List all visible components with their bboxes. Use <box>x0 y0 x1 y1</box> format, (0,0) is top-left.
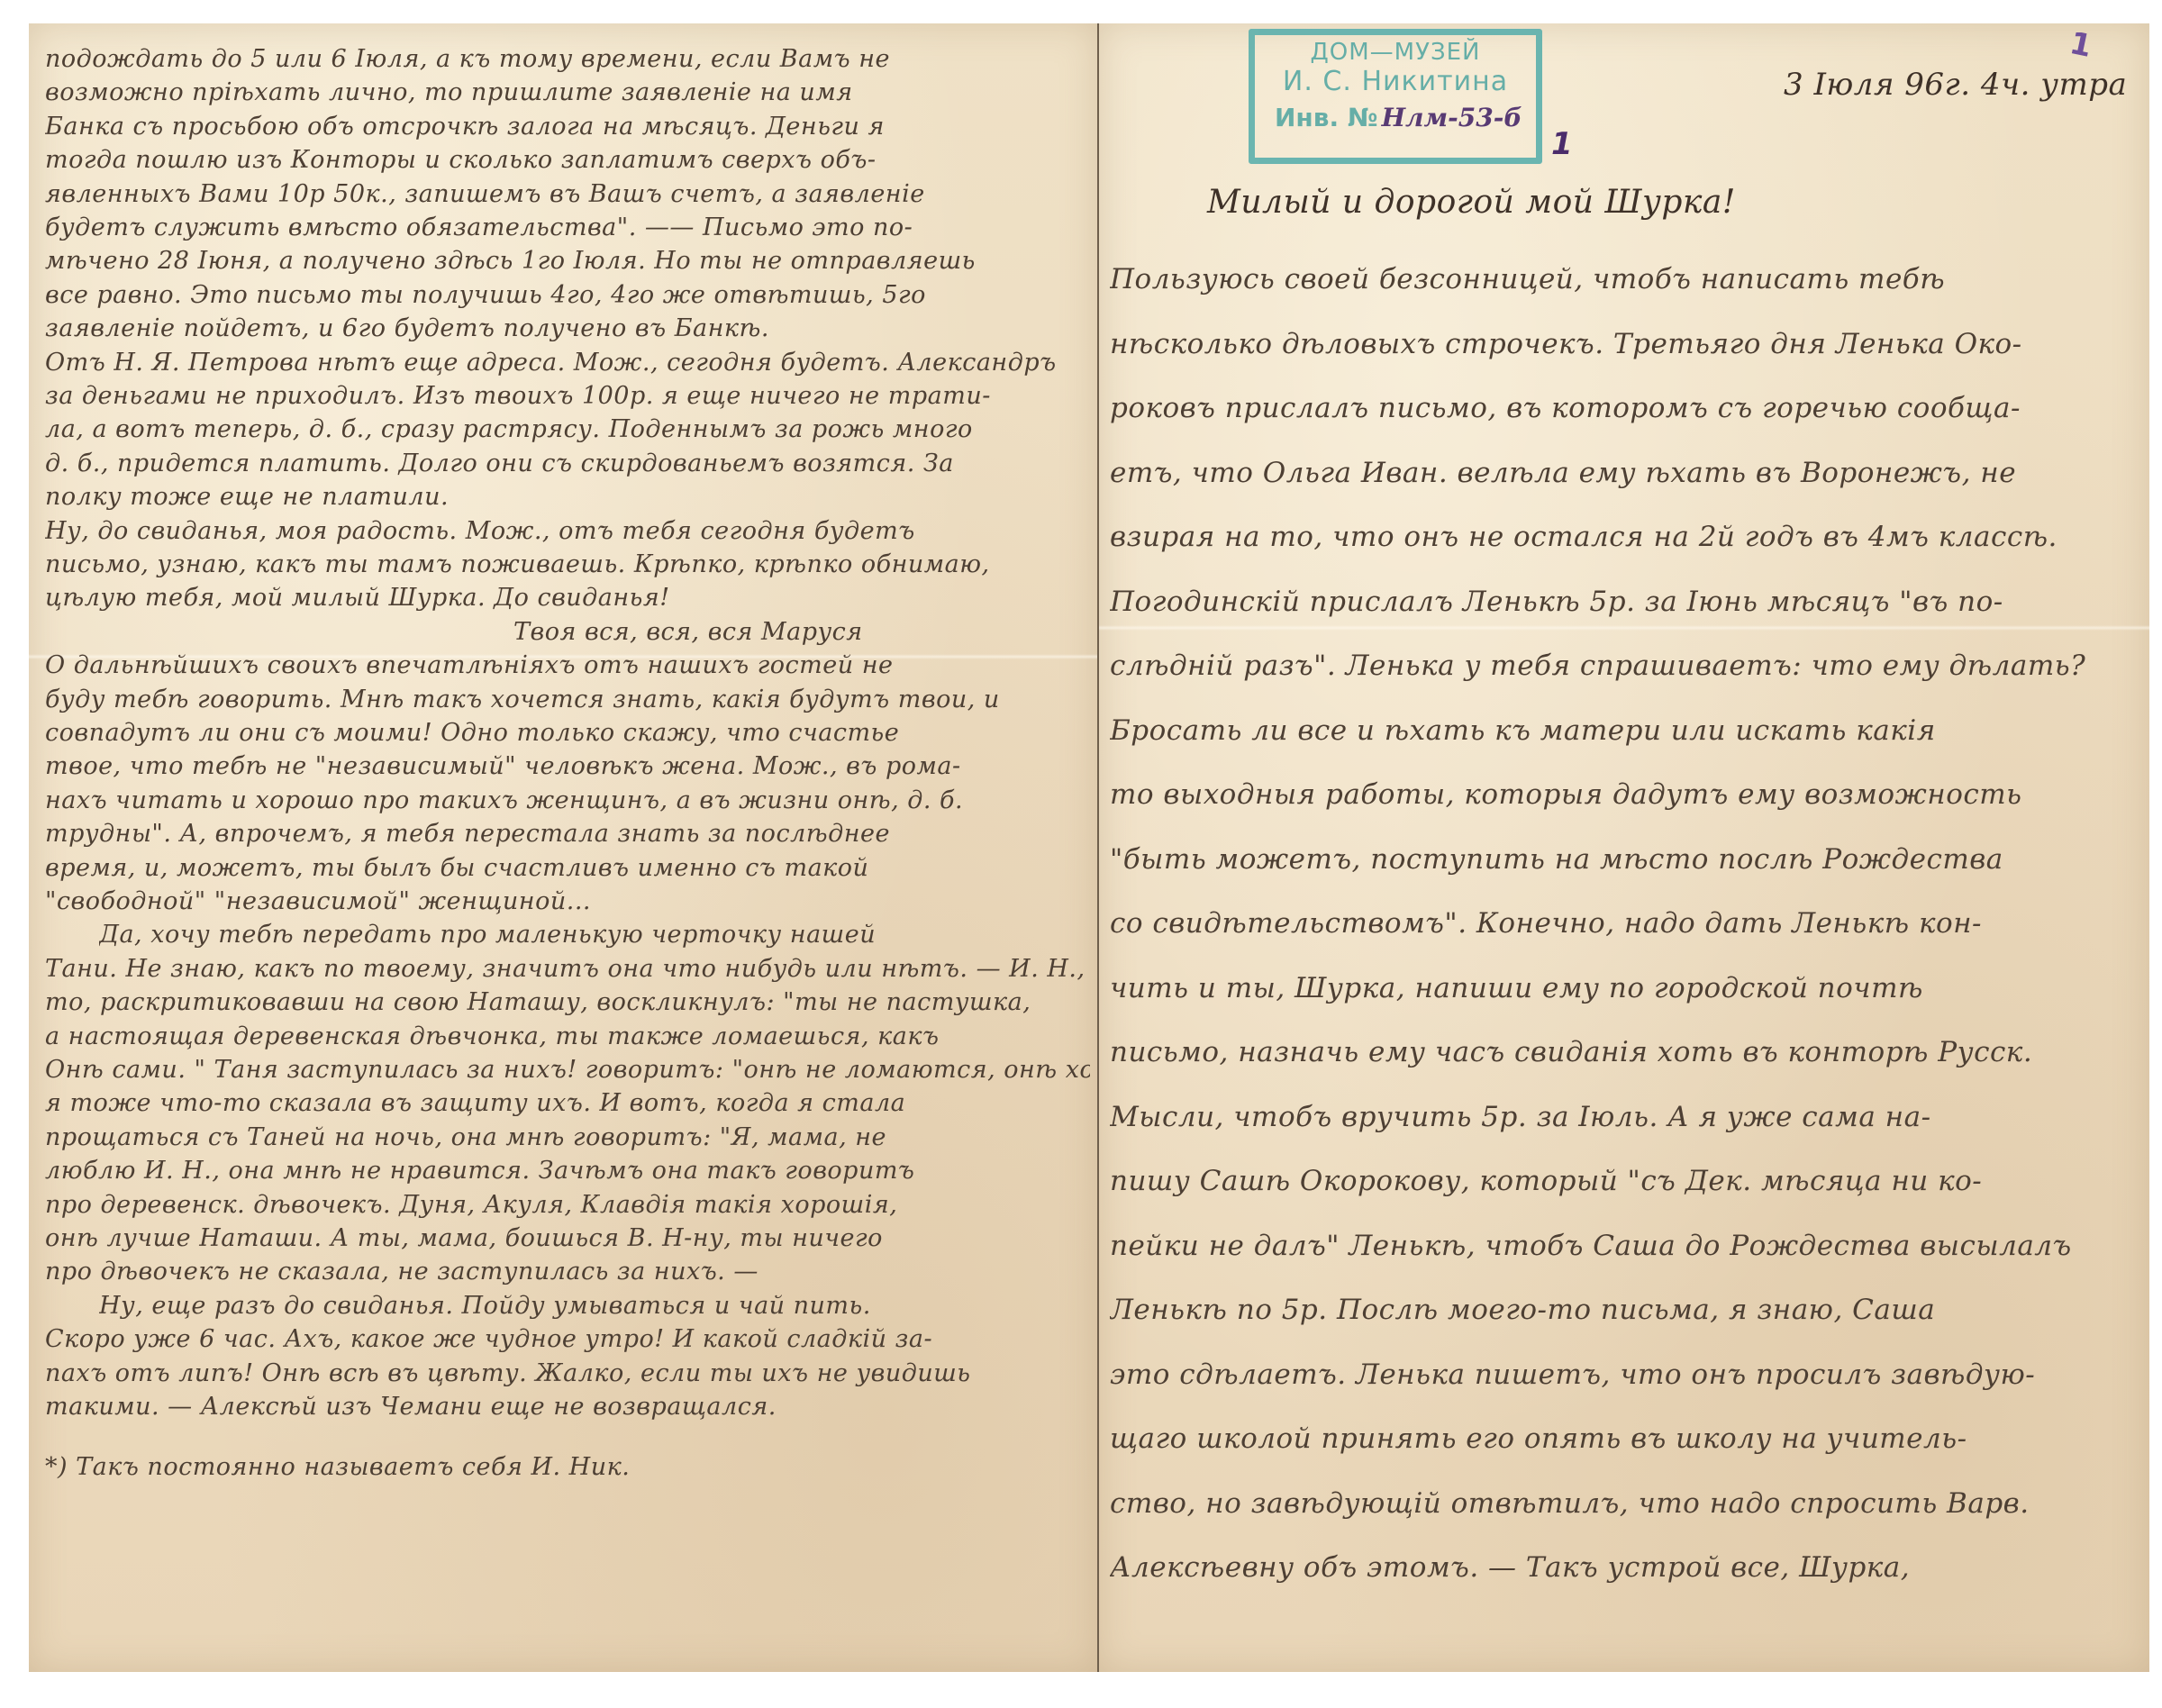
letter-line: все равно. Это письмо ты получишь 4го, 4… <box>45 281 926 309</box>
letter-line: совпадутъ ли они съ моими! Одно только с… <box>45 719 899 747</box>
letter-line: трудны". А, впрочемъ, я тебя перестала з… <box>45 820 890 848</box>
letter-line: люблю И. Н., она мнѣ не нравится. Зачѣмъ… <box>45 1157 914 1185</box>
letter-line: а настоящая деревенская дѣвчонка, ты так… <box>45 1022 939 1050</box>
stamp-inventory-label: Инв. № <box>1275 103 1378 132</box>
letter-line: пахъ отъ липъ! Онѣ всѣ въ цвѣту. Жалко, … <box>45 1359 970 1387</box>
letter-line: нахъ читать и хорошо про такихъ женщинъ,… <box>45 786 963 814</box>
letter-line: мѣчено 28 Іюня, а получено здѣсь 1го Іюл… <box>45 247 976 275</box>
letter-line: Отъ Н. Я. Петрова нѣтъ еще адреса. Мож.,… <box>45 349 1057 377</box>
letter-line: Ну, до свиданья, моя радость. Мож., отъ … <box>45 517 915 545</box>
letter-line: "быть можетъ, поступить на мѣсто послѣ Р… <box>1110 843 2003 876</box>
letter-line: время, и, можетъ, ты былъ бы счастливъ и… <box>45 854 868 882</box>
letter-line: ла, а вотъ теперь, д. б., сразу растрясу… <box>45 415 973 443</box>
letter-line: прощаться съ Таней на ночь, она мнѣ гово… <box>45 1123 886 1151</box>
letter-line: Ну, еще разъ до свиданья. Пойду умыватьс… <box>99 1292 871 1320</box>
letter-line: то выходныя работы, которыя дадутъ ему в… <box>1110 778 2022 811</box>
letter-line: д. б., придется платить. Долго они съ ск… <box>45 450 954 477</box>
paper-fold-line <box>1099 625 2149 631</box>
letter-line: заявленіе пойдетъ, и 6го будетъ получено… <box>45 314 769 342</box>
letter-line: полку тоже еще не платили. <box>45 483 449 511</box>
letter-line: нѣсколько дѣловыхъ строчекъ. Третьяго дн… <box>1110 328 2022 360</box>
stamp-inventory-number: Нлм-53-б <box>1382 103 1522 132</box>
museum-stamp: ДОМ—МУЗЕЙ И. С. Никитина Инв. №Нлм-53-б <box>1249 29 1542 164</box>
letter-line: Скоро уже 6 час. Ахъ, какое же чудное ут… <box>45 1325 932 1353</box>
letter-line: взирая на то, что онъ не остался на 2й г… <box>1110 521 2058 553</box>
letter-line: письмо, назначь ему часъ свиданія хоть в… <box>1110 1036 2032 1068</box>
letter-line: "свободной" "независимой" женщиной... <box>45 887 591 915</box>
letter-line: я тоже что-то сказала въ защиту ихъ. И в… <box>45 1089 905 1117</box>
letter-date: 3 Іюля 96г. 4ч. утра <box>1784 67 2127 103</box>
letter-page-left: подождать до 5 или 6 Іюля, а къ тому вре… <box>29 23 1097 1672</box>
letter-line: твое, что тебѣ не "независимый" человѣкъ… <box>45 752 961 780</box>
letter-line: слѣдній разъ". Ленька у тебя спрашиваетъ… <box>1110 650 2085 682</box>
letter-line: Пользуюсь своей безсонницей, чтобъ напис… <box>1110 263 1945 295</box>
letter-line: возможно пріѣхать лично, то пришлите зая… <box>45 78 853 106</box>
letter-line: за деньгами не приходилъ. Изъ твоихъ 100… <box>45 382 991 410</box>
letter-line: это сдѣлаетъ. Ленька пишетъ, что онъ про… <box>1110 1358 2035 1391</box>
letter-line: Погодинскій прислалъ Ленькѣ 5р. за Іюнь … <box>1110 586 2003 618</box>
letter-line: пишу Сашѣ Окорокову, который "съ Дек. мѣ… <box>1110 1165 1982 1197</box>
letter-line: Банка съ просьбою объ отсрочкѣ залога на… <box>45 113 885 141</box>
letter-line: щаго школой принять его опять въ школу н… <box>1110 1422 1967 1455</box>
letter-salutation: Милый и дорогой мой Шурка! <box>1207 184 1736 221</box>
letter-line: письмо, узнаю, какъ ты тамъ поживаешь. К… <box>45 550 990 578</box>
letter-line: подождать до 5 или 6 Іюля, а къ тому вре… <box>45 45 890 73</box>
letter-line: О дальнѣйшихъ своихъ впечатлѣніяхъ отъ н… <box>45 651 894 679</box>
stamp-line-museum: ДОМ—МУЗЕЙ <box>1255 39 1536 66</box>
letter-line: *) Такъ постоянно называетъ себя И. Ник. <box>45 1453 630 1481</box>
letter-line: буду тебѣ говорить. Мнѣ такъ хочется зна… <box>45 686 1000 713</box>
letter-line: Бросать ли все и ѣхать къ матери или иск… <box>1110 714 1936 747</box>
letter-line: Твоя вся, вся, вся Маруся <box>513 618 863 646</box>
letter-line: про дѣвочекъ не сказала, не заступилась … <box>45 1258 759 1286</box>
letter-line: пейки не далъ" Ленькѣ, чтобъ Саша до Рож… <box>1110 1230 2072 1262</box>
letter-page-right: 3 Іюля 96г. 4ч. утра Милый и дорогой мой… <box>1097 23 2149 1672</box>
letter-line: роковъ прислалъ письмо, въ которомъ съ г… <box>1110 392 2021 424</box>
letter-line: чить и ты, Шурка, напиши ему по городско… <box>1110 972 1923 1004</box>
letter-line: со свидѣтельствомъ". Конечно, надо дать … <box>1110 907 1982 940</box>
letter-line: явленныхъ Вами 10р 50к., запишемъ въ Ваш… <box>45 180 925 208</box>
letter-line: будетъ служить вмѣсто обязательства". ——… <box>45 213 913 241</box>
letter-line: Тани. Не знаю, какъ по твоему, значитъ о… <box>45 955 1090 983</box>
letter-line: Онѣ сами. " Таня заступилась за нихъ! го… <box>45 1056 1090 1084</box>
letter-line: тогда пошлю изъ Конторы и сколько заплат… <box>45 146 876 174</box>
letter-line: такими. — Алексѣй изъ Чемани еще не возв… <box>45 1393 777 1421</box>
letter-line: то, раскритиковавши на свою Наташу, воск… <box>45 988 1031 1016</box>
letter-line: Ленькѣ по 5р. Послѣ моего-то письма, я з… <box>1110 1294 1935 1326</box>
letter-line: цѣлую тебя, мой милый Шурка. До свиданья… <box>45 584 670 612</box>
stamp-line-name: И. С. Никитина <box>1255 66 1536 97</box>
letter-line: Да, хочу тебѣ передать про маленькую чер… <box>99 921 876 949</box>
letter-line: онѣ лучше Наташи. А ты, мама, боишься В.… <box>45 1224 883 1252</box>
letter-line: ство, но завѣдующій отвѣтилъ, что надо с… <box>1110 1487 2030 1520</box>
letter-line: про деревенск. дѣвочекъ. Дуня, Акуля, Кл… <box>45 1191 897 1219</box>
letter-line: Мысли, чтобъ вручить 5р. за Іюль. А я уж… <box>1110 1101 1931 1133</box>
letter-line: Алексѣевну объ этомъ. — Такъ устрой все,… <box>1110 1551 1910 1584</box>
stamp-inventory: Инв. №Нлм-53-б <box>1255 103 1536 132</box>
stamp-annotation-mark: 1 <box>1551 126 1573 162</box>
letter-line: етъ, что Ольга Иван. велѣла ему ѣхать въ… <box>1110 457 2016 489</box>
